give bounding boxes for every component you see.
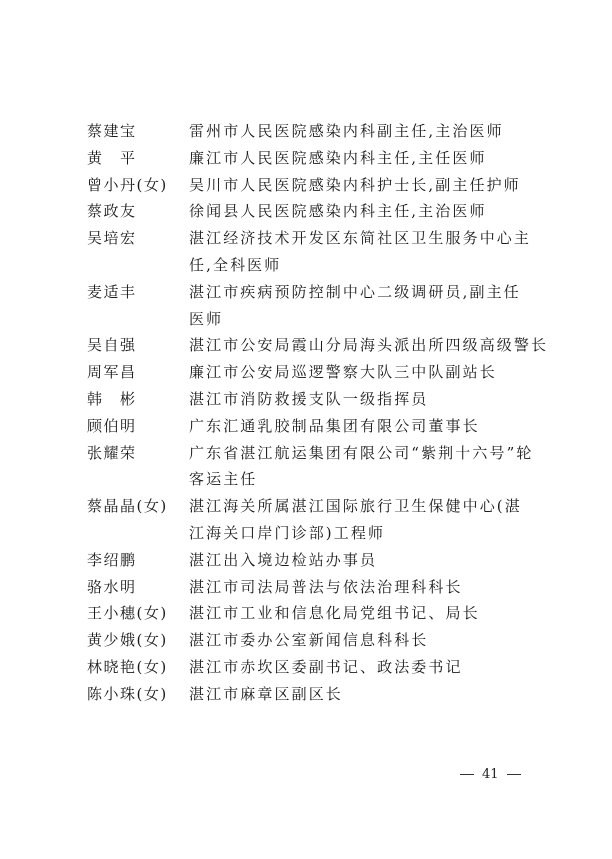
list-item: 陈小珠(女)湛江市麻章区副区长	[87, 681, 537, 708]
person-position: 湛江市公安局霞山分局海头派出所四级高级警长	[189, 332, 548, 359]
person-name: 吴自强	[87, 332, 189, 359]
list-item: 周军昌廉江市公安局巡逻警察大队三中队副站长	[87, 359, 537, 386]
position-line: 雷州市人民医院感染内科副主任,主治医师	[189, 118, 537, 145]
person-name: 王小穗(女)	[87, 600, 189, 627]
person-name: 张耀荣	[87, 440, 189, 467]
person-position: 廉江市人民医院感染内科主任,主任医师	[189, 145, 537, 172]
list-item: 黄少娥(女)湛江市委办公室新闻信息科科长	[87, 627, 537, 654]
list-item: 黄 平廉江市人民医院感染内科主任,主任医师	[87, 145, 537, 172]
list-item: 吴培宏湛江经济技术开发区东简社区卫生服务中心主任,全科医师	[87, 225, 537, 279]
person-position: 湛江出入境边检站办事员	[189, 547, 537, 574]
honoree-list: 蔡建宝雷州市人民医院感染内科副主任,主治医师黄 平廉江市人民医院感染内科主任,主…	[87, 118, 537, 708]
position-line: 吴川市人民医院感染内科护士长,副主任护师	[189, 172, 537, 199]
person-name: 顾伯明	[87, 413, 189, 440]
position-line: 广东省湛江航运集团有限公司“紫荆十六号”轮	[189, 440, 537, 467]
person-name: 蔡政友	[87, 198, 189, 225]
person-position: 湛江市赤坎区委副书记、政法委书记	[189, 654, 537, 681]
person-position: 吴川市人民医院感染内科护士长,副主任护师	[189, 172, 537, 199]
position-line: 湛江市麻章区副区长	[189, 681, 537, 708]
person-name: 蔡晶晶(女)	[87, 493, 189, 520]
dash-left	[460, 774, 474, 775]
person-name: 陈小珠(女)	[87, 681, 189, 708]
list-item: 麦适丰湛江市疾病预防控制中心二级调研员,副主任医师	[87, 279, 537, 333]
position-line: 湛江市消防救援支队一级指挥员	[189, 386, 537, 413]
list-item: 韩 彬湛江市消防救援支队一级指挥员	[87, 386, 537, 413]
person-position: 广东省湛江航运集团有限公司“紫荆十六号”轮客运主任	[189, 440, 537, 494]
position-line: 廉江市公安局巡逻警察大队三中队副站长	[189, 359, 537, 386]
position-line: 湛江市疾病预防控制中心二级调研员,副主任	[189, 279, 537, 306]
person-name: 蔡建宝	[87, 118, 189, 145]
person-position: 雷州市人民医院感染内科副主任,主治医师	[189, 118, 537, 145]
position-line: 湛江经济技术开发区东简社区卫生服务中心主	[189, 225, 537, 252]
position-line: 湛江市公安局霞山分局海头派出所四级高级警长	[189, 332, 548, 359]
person-position: 湛江市麻章区副区长	[189, 681, 537, 708]
list-item: 蔡晶晶(女)湛江海关所属湛江国际旅行卫生保健中心(湛江海关口岸门诊部)工程师	[87, 493, 537, 547]
person-name: 吴培宏	[87, 225, 189, 252]
position-line: 廉江市人民医院感染内科主任,主任医师	[189, 145, 537, 172]
list-item: 曾小丹(女)吴川市人民医院感染内科护士长,副主任护师	[87, 172, 537, 199]
position-line: 任,全科医师	[189, 252, 537, 279]
position-line: 广东汇通乳胶制品集团有限公司董事长	[189, 413, 537, 440]
person-name: 曾小丹(女)	[87, 172, 189, 199]
list-item: 骆水明湛江市司法局普法与依法治理科科长	[87, 574, 537, 601]
person-name: 黄 平	[87, 145, 189, 172]
person-position: 湛江市工业和信息化局党组书记、局长	[189, 600, 537, 627]
position-line: 客运主任	[189, 466, 537, 493]
list-item: 蔡政友徐闻县人民医院感染内科主任,主治医师	[87, 198, 537, 225]
position-line: 湛江市工业和信息化局党组书记、局长	[189, 600, 537, 627]
person-position: 廉江市公安局巡逻警察大队三中队副站长	[189, 359, 537, 386]
position-line: 江海关口岸门诊部)工程师	[189, 520, 537, 547]
person-position: 湛江市消防救援支队一级指挥员	[189, 386, 537, 413]
list-item: 李绍鹏湛江出入境边检站办事员	[87, 547, 537, 574]
person-name: 李绍鹏	[87, 547, 189, 574]
position-line: 湛江市赤坎区委副书记、政法委书记	[189, 654, 537, 681]
person-name: 林晓艳(女)	[87, 654, 189, 681]
list-item: 蔡建宝雷州市人民医院感染内科副主任,主治医师	[87, 118, 537, 145]
position-line: 湛江出入境边检站办事员	[189, 547, 537, 574]
person-position: 徐闻县人民医院感染内科主任,主治医师	[189, 198, 537, 225]
person-name: 韩 彬	[87, 386, 189, 413]
person-position: 湛江市司法局普法与依法治理科科长	[189, 574, 537, 601]
person-position: 湛江市委办公室新闻信息科科长	[189, 627, 537, 654]
person-position: 湛江经济技术开发区东简社区卫生服务中心主任,全科医师	[189, 225, 537, 279]
position-line: 湛江海关所属湛江国际旅行卫生保健中心(湛	[189, 493, 537, 520]
list-item: 吴自强湛江市公安局霞山分局海头派出所四级高级警长	[87, 332, 537, 359]
person-name: 周军昌	[87, 359, 189, 386]
position-line: 徐闻县人民医院感染内科主任,主治医师	[189, 198, 537, 225]
page-number: 41	[452, 767, 529, 782]
list-item: 顾伯明广东汇通乳胶制品集团有限公司董事长	[87, 413, 537, 440]
person-name: 黄少娥(女)	[87, 627, 189, 654]
person-name: 麦适丰	[87, 279, 189, 306]
person-position: 广东汇通乳胶制品集团有限公司董事长	[189, 413, 537, 440]
position-line: 湛江市司法局普法与依法治理科科长	[189, 574, 537, 601]
list-item: 王小穗(女)湛江市工业和信息化局党组书记、局长	[87, 600, 537, 627]
position-line: 湛江市委办公室新闻信息科科长	[189, 627, 537, 654]
dash-right	[507, 774, 521, 775]
position-line: 医师	[189, 306, 537, 333]
person-position: 湛江市疾病预防控制中心二级调研员,副主任医师	[189, 279, 537, 333]
list-item: 林晓艳(女)湛江市赤坎区委副书记、政法委书记	[87, 654, 537, 681]
person-name: 骆水明	[87, 574, 189, 601]
list-item: 张耀荣广东省湛江航运集团有限公司“紫荆十六号”轮客运主任	[87, 440, 537, 494]
page-number-value: 41	[482, 767, 499, 782]
person-position: 湛江海关所属湛江国际旅行卫生保健中心(湛江海关口岸门诊部)工程师	[189, 493, 537, 547]
document-page: 蔡建宝雷州市人民医院感染内科副主任,主治医师黄 平廉江市人民医院感染内科主任,主…	[0, 0, 612, 859]
